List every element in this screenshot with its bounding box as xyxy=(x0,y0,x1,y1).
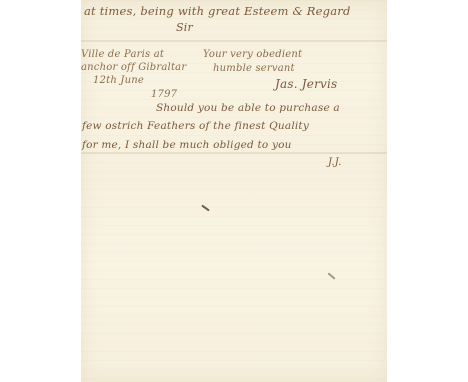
date-year: 1797 xyxy=(151,89,177,100)
signoff-line-1: Your very obedient xyxy=(203,49,302,60)
closing-line: at times, being with great Esteem & Rega… xyxy=(84,4,351,18)
ink-speck xyxy=(327,272,335,279)
date-line: 12th June xyxy=(93,75,144,86)
signoff-line-2: humble servant xyxy=(213,63,295,74)
paper-fold-line xyxy=(81,40,387,42)
ink-speck xyxy=(201,205,210,212)
postscript-line-3: for me, I shall be much obliged to you xyxy=(82,139,292,151)
postscript-line-1: Should you be able to purchase a xyxy=(156,102,340,114)
place-line-2: anchor off Gibraltar xyxy=(81,62,186,73)
place-line-1: Ville de Paris at xyxy=(81,49,164,60)
letter-page: at times, being with great Esteem & Rega… xyxy=(81,0,387,382)
paper-fold-line xyxy=(81,152,387,154)
postscript-initials: J.J. xyxy=(328,157,342,168)
signature: Jas. Jervis xyxy=(275,77,337,91)
salutation-close: Sir xyxy=(176,21,193,34)
postscript-line-2: few ostrich Feathers of the finest Quali… xyxy=(82,120,309,132)
